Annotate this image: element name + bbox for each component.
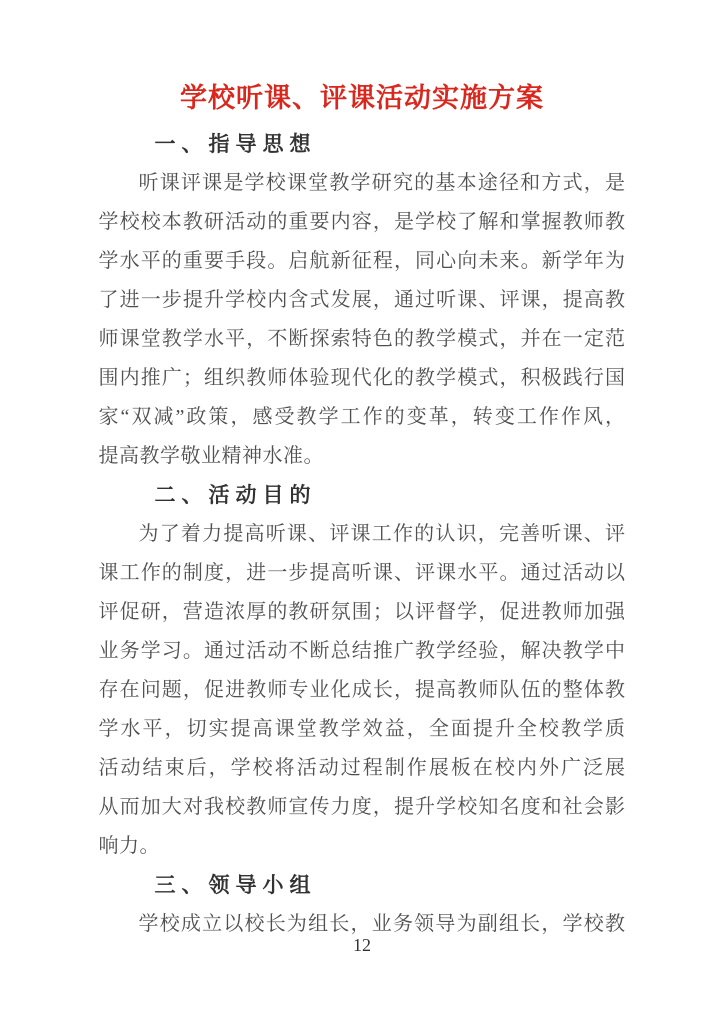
document-body: 一、指导思想 听课评课是学校课堂教学研究的基本途径和方式，是 学校校本教研活动的…: [99, 125, 626, 944]
paragraph-line: 存在问题，促进教师专业化成长，提高教师队伍的整体教: [99, 671, 626, 710]
section-heading-leading-group: 三、领导小组: [99, 866, 626, 905]
paragraph-line: 评促研，营造浓厚的教研氛围；以评督学，促进教师加强: [99, 593, 626, 632]
paragraph-line: 学水平的重要手段。启航新征程，同心向未来。新学年为: [99, 242, 626, 281]
paragraph-line: 活动结束后，学校将活动过程制作展板在校内外广泛展示，: [99, 749, 626, 788]
paragraph-line: 听课评课是学校课堂教学研究的基本途径和方式，是: [99, 164, 626, 203]
paragraph-line: 课工作的制度，进一步提高听课、评课水平。通过活动以: [99, 554, 626, 593]
section-heading-guiding-ideology: 一、指导思想: [99, 125, 626, 164]
paragraph-line: 家“双减”政策，感受教学工作的变革，转变工作作风，: [99, 398, 626, 437]
paragraph-line: 响力。: [99, 827, 626, 866]
page-number: 12: [0, 934, 724, 956]
document-title: 学校听课、评课活动实施方案: [0, 0, 724, 115]
paragraph-line: 从而加大对我校教师宣传力度，提升学校知名度和社会影: [99, 788, 626, 827]
paragraph-line: 学水平，切实提高课堂教学效益，全面提升全校教学质量。: [99, 710, 626, 749]
paragraph-line: 学校校本教研活动的重要内容，是学校了解和掌握教师教: [99, 203, 626, 242]
section-heading-activity-purpose: 二、活动目的: [99, 476, 626, 515]
paragraph-line: 业务学习。通过活动不断总结推广教学经验，解决教学中: [99, 632, 626, 671]
paragraph-line: 提高教学敬业精神水准。: [99, 437, 626, 476]
paragraph-line: 师课堂教学水平，不断探索特色的教学模式，并在一定范: [99, 320, 626, 359]
paragraph-line: 了进一步提升学校内含式发展，通过听课、评课，提高教: [99, 281, 626, 320]
document-page: 学校听课、评课活动实施方案 一、指导思想 听课评课是学校课堂教学研究的基本途径和…: [0, 0, 724, 1024]
paragraph-line: 为了着力提高听课、评课工作的认识，完善听课、评: [99, 515, 626, 554]
paragraph-line: 围内推广；组织教师体验现代化的教学模式，积极践行国: [99, 359, 626, 398]
